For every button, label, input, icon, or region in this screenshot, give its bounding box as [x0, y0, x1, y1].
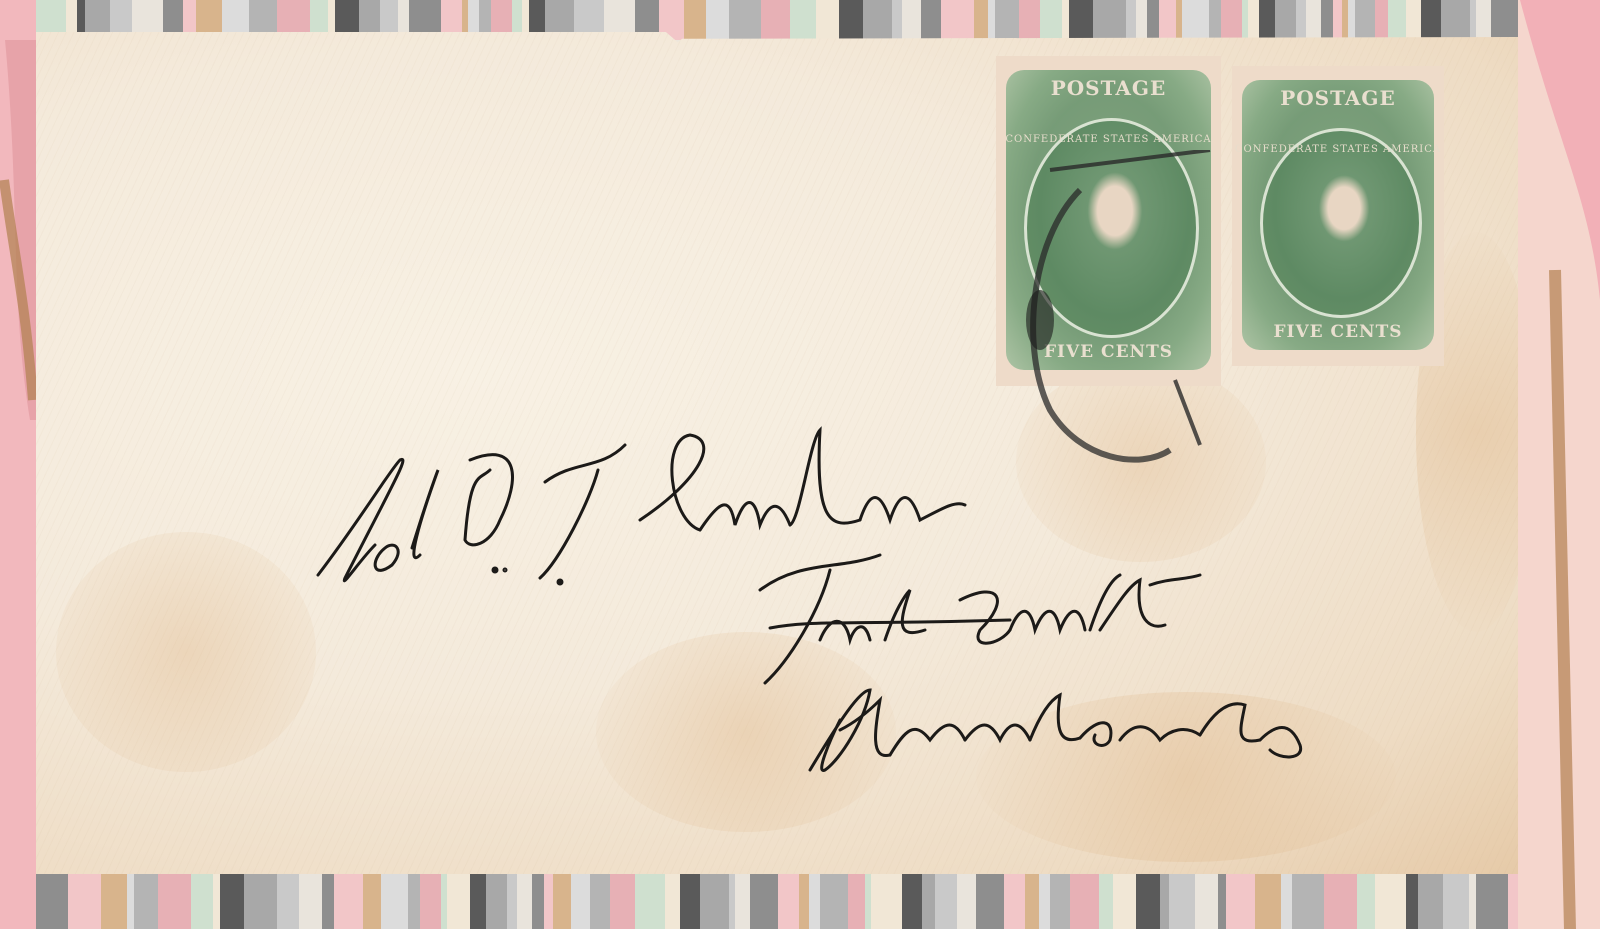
stamp-ring-label: CONFEDERATE STATES AMERICA [1232, 144, 1444, 155]
stamp-top-label: POSTAGE [996, 76, 1221, 100]
portrait-oval [1260, 128, 1422, 318]
stamp-value-label: FIVE CENTS [1232, 322, 1444, 342]
stamp-top-label: POSTAGE [1232, 86, 1444, 110]
stamp-right: POSTAGE CONFEDERATE STATES AMERICA FIVE … [1232, 66, 1444, 366]
postmark-cancel [1010, 150, 1230, 470]
stamp-ring-label: CONFEDERATE STATES AMERICA [996, 134, 1221, 145]
